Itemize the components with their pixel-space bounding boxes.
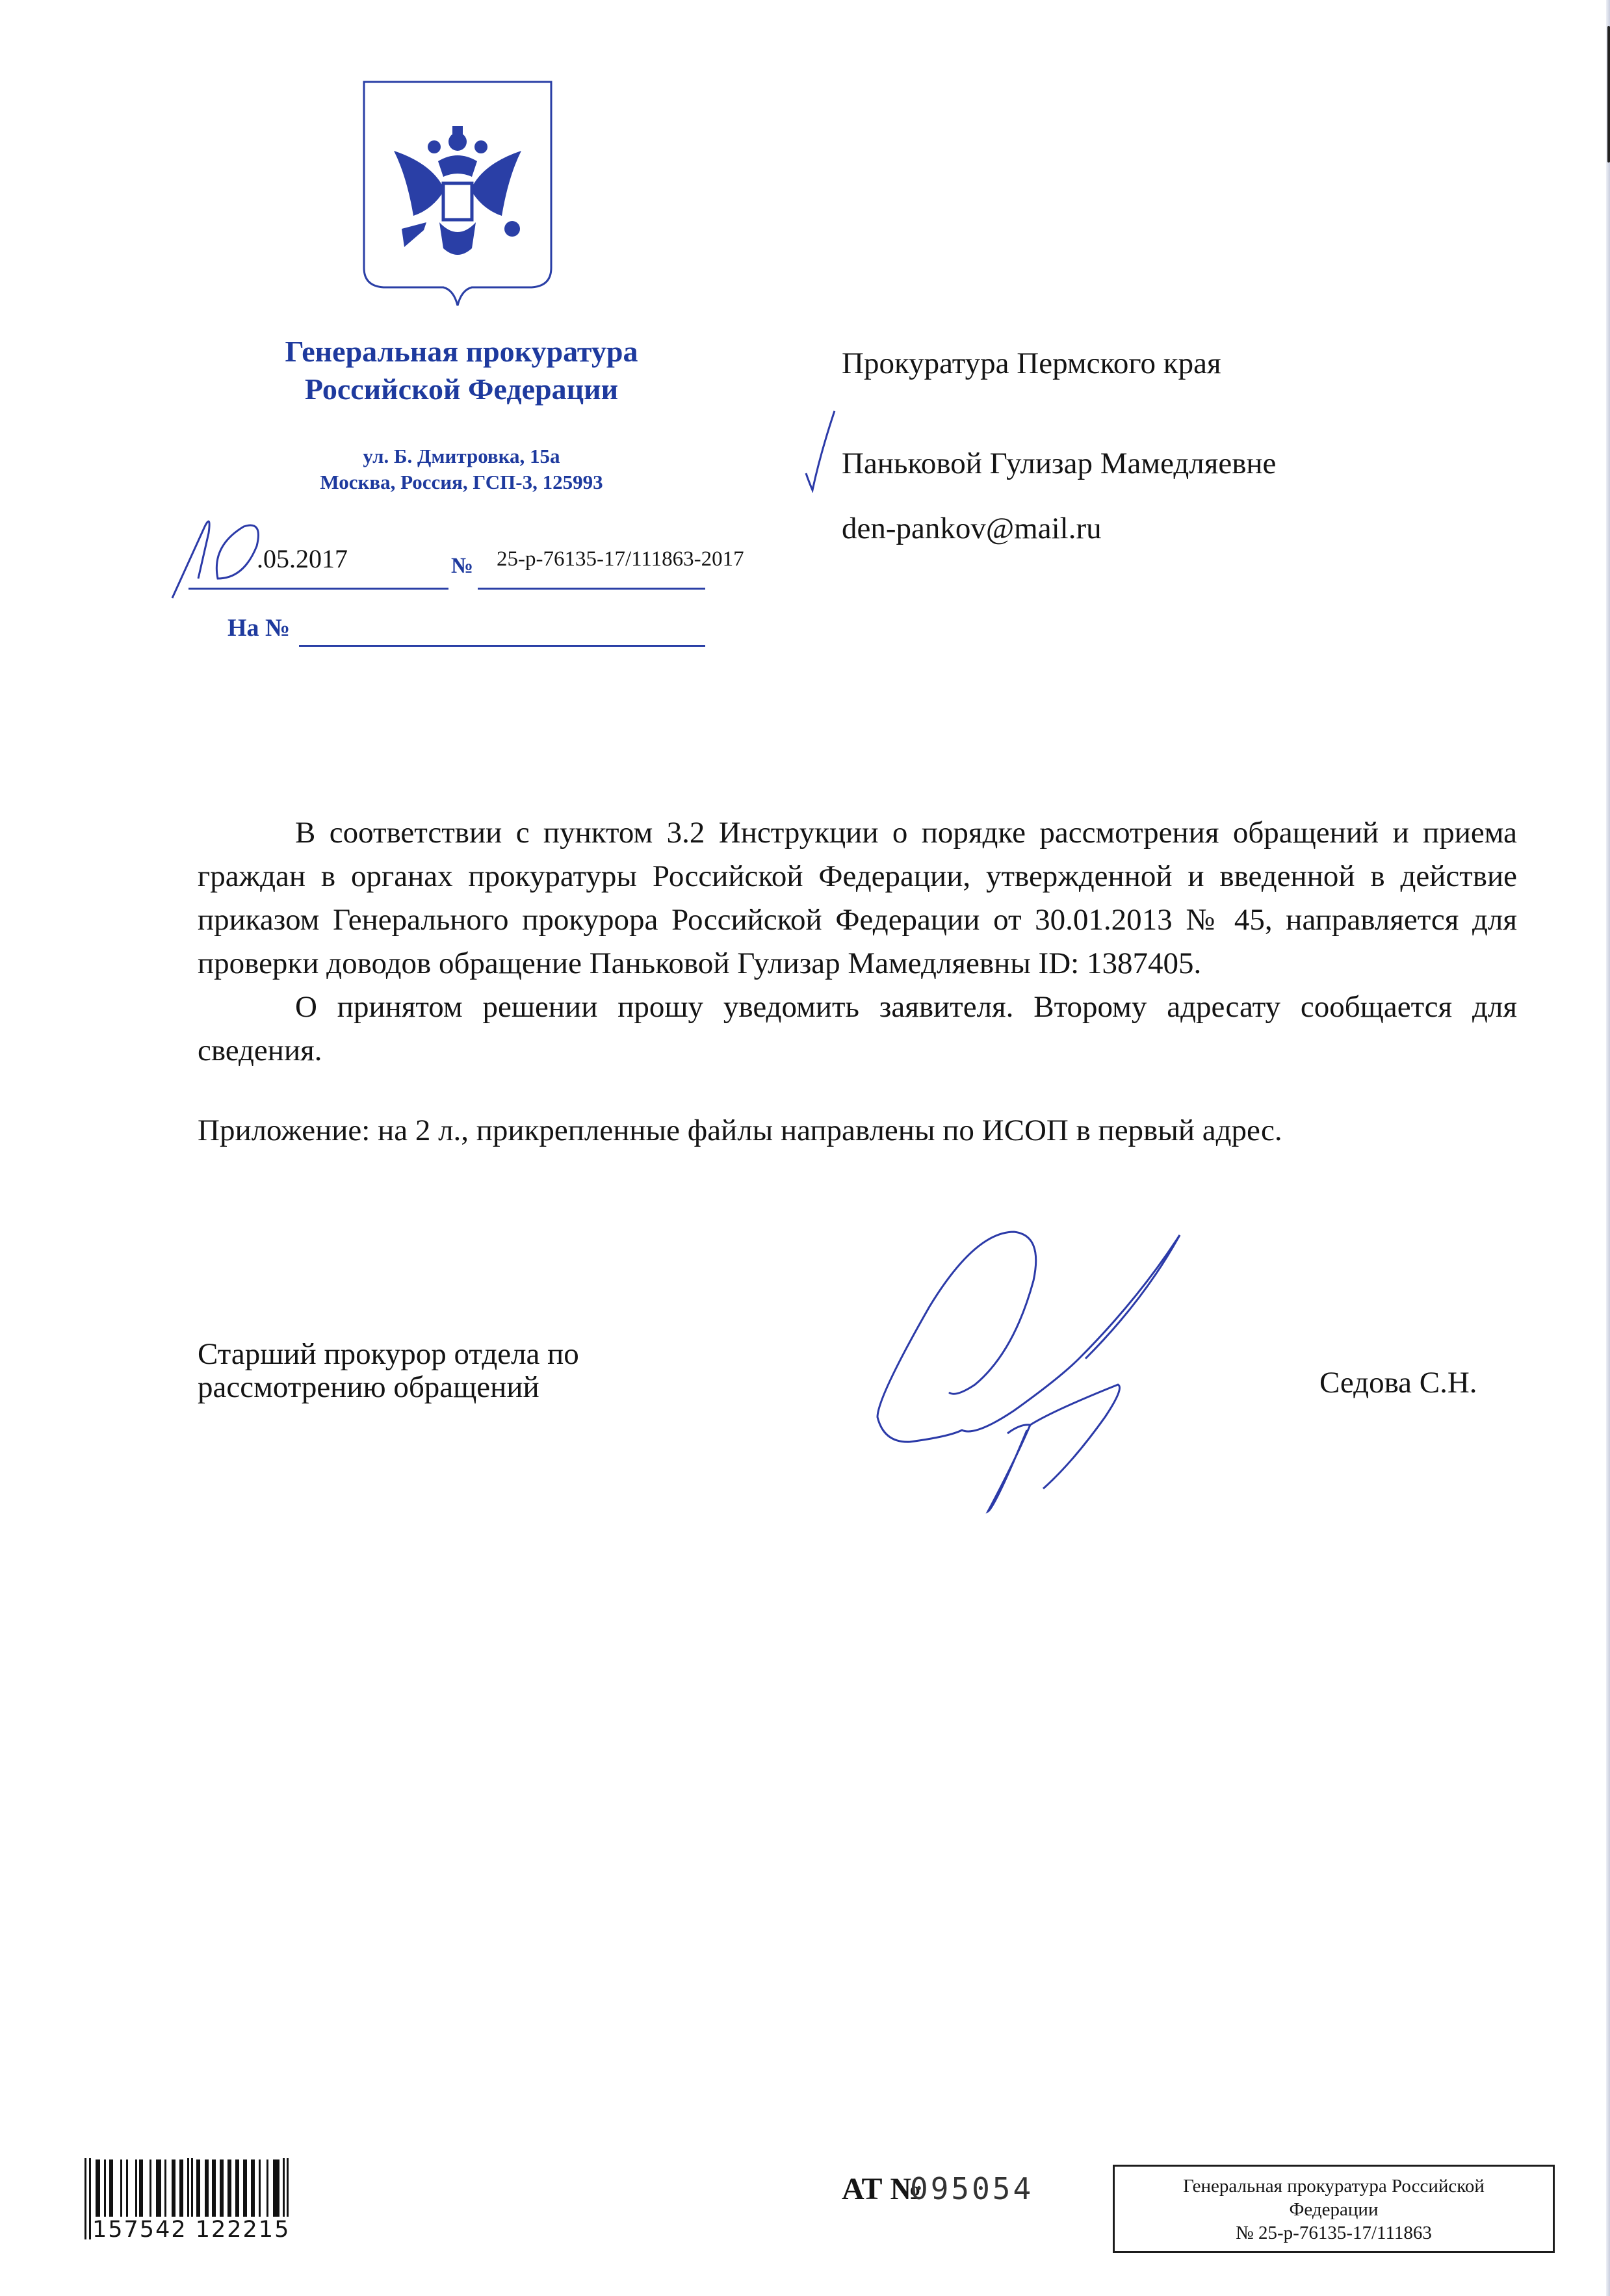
address-line-1: ул. Б. Дмитровка, 15а [149,443,773,469]
recipient-line-1: Прокуратура Пермского края [842,346,1221,381]
at-number: 095054 [910,2171,1033,2206]
recipient-line-2: Паньковой Гулизар Мамедляевне [842,446,1276,481]
org-line-2: Российской Федерации [149,371,773,408]
handwritten-checkmark-icon [801,408,840,493]
letter-number: 25-р-76135-17/111863-2017 [497,547,744,571]
stamp-line-2: Федерации [1115,2198,1553,2221]
body-paragraph-2: О принятом решении прошу уведомить заяви… [198,985,1517,1073]
barcode-number: 157542 122215 [91,2217,291,2243]
address-line-2: Москва, Россия, ГСП-3, 125993 [149,469,773,495]
stamp-line-3: № 25-р-76135-17/111863 [1115,2221,1553,2245]
signer-title-line-1: Старший прокурор отдела по [198,1338,579,1371]
sender-address: ул. Б. Дмитровка, 15а Москва, Россия, ГС… [149,443,773,495]
coat-of-arms-emblem-icon [361,79,554,308]
body-paragraph-1: В соответствии с пунктом 3.2 Инструкции … [198,811,1517,985]
stamp-line-1: Генеральная прокуратура Российской [1115,2174,1553,2198]
org-line-1: Генеральная прокуратура [149,333,773,371]
recipient-email: den-pankov@mail.ru [842,511,1102,546]
registration-stamp: Генеральная прокуратура Российской Федер… [1113,2165,1555,2253]
page-edge [1606,0,1610,2296]
reply-to-underline [299,611,705,647]
number-label: № [451,554,473,579]
signer-title-line-2: рассмотрению обращений [198,1371,579,1404]
letter-body: В соответствии с пунктом 3.2 Инструкции … [198,811,1517,1153]
scan-edge-shadow [1607,26,1610,163]
sender-organization: Генеральная прокуратура Российской Федер… [149,333,773,408]
signer-title: Старший прокурор отдела по рассмотрению … [198,1338,579,1404]
handwritten-signature [845,1203,1300,1560]
letter-date: .05.2017 [257,543,348,574]
reply-to-label: На № [227,614,290,642]
attachment-note: Приложение: на 2 л., прикрепленные файлы… [198,1109,1517,1153]
signer-name: Седова С.Н. [1319,1365,1477,1400]
